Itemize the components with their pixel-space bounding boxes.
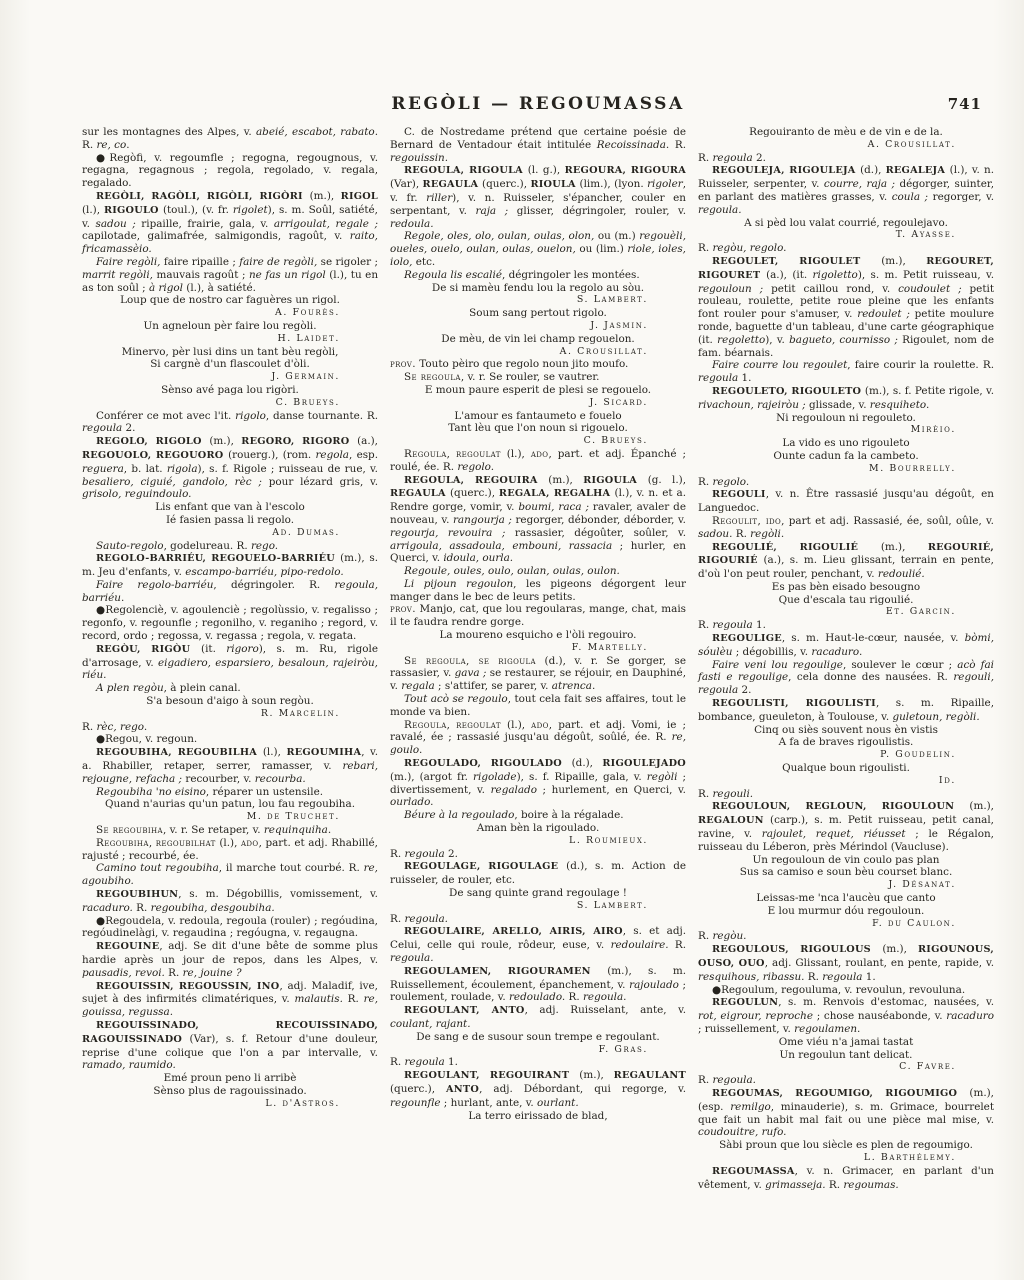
text-run: regala <box>401 680 434 692</box>
headword: REGOULAMEN, RIGOURAMEN <box>404 966 607 977</box>
text-run: rigolo <box>235 410 266 422</box>
text-run: (l.), <box>82 204 104 216</box>
verse-line: A si pèd lou valat courrié, regoulejavo. <box>698 217 994 230</box>
text-run: regolo. <box>712 476 749 488</box>
page-header: REGÒLI — REGOUMASSA 741 <box>0 0 1024 118</box>
verse-line: Sènso avé paga lou rigòri. <box>82 384 378 397</box>
text-run: regoulat <box>456 448 501 460</box>
text-run: sadou. <box>698 528 732 540</box>
verse-quote: Soum sang pertout rigolo. <box>390 307 686 320</box>
text-run: rangourja ; <box>453 514 512 526</box>
text-run: regouli. <box>712 788 753 800</box>
text-run: besaliero, ciguié, gandolo, rèc ; <box>82 476 262 488</box>
text-run: regoula. <box>404 913 448 925</box>
paragraph: Regoubiha, regoubilhat (l.), ado, part. … <box>82 837 378 863</box>
headword: REGOULIGE <box>712 633 782 644</box>
text-run: R. <box>698 619 712 631</box>
text-run: ramado, raumido. <box>82 1059 176 1071</box>
headword: REGOULET, RIGOULET <box>712 256 881 267</box>
paragraph: ●Regoudela, v. redoula, regoula (rouler)… <box>82 915 378 941</box>
text-run: faire ripaille ; <box>161 256 240 268</box>
verse-quote: Ni regouloun ni regouleto. <box>698 412 994 425</box>
text-run: coudouitre, rufo. <box>698 1126 786 1138</box>
entry-paragraph: REGOULANT, ANTO, adj. Ruisselant, ante, … <box>390 1004 686 1031</box>
paragraph: Regole, oles, olo, oulan, oulas, olon, o… <box>390 230 686 268</box>
text-run: rego. <box>251 540 278 552</box>
paragraph: R. rèc, rego. <box>82 721 378 734</box>
author-citation: J. Jasmin. <box>390 320 686 333</box>
text-run: (Var), <box>390 178 423 190</box>
text-run: Béure à la regoulado <box>404 809 514 821</box>
text-run: raja ; <box>476 205 509 217</box>
text-run: (l.), <box>501 448 531 460</box>
text-run: , godelureau. R. <box>164 540 251 552</box>
paragraph: C. de Nostredame prétend que certaine po… <box>390 126 686 164</box>
text-run: ), s. f. Ripaille, gala, v. <box>517 771 647 783</box>
verse-line: Un regoulun tant delicat. <box>698 1049 994 1062</box>
verse-quote: Un agneloun pèr faire lou regòli. <box>82 320 378 333</box>
text-run: rot, eigrour, reproche <box>698 1010 813 1022</box>
text-run: ●Regòfi, v. regoumfle ; regogna, regougn… <box>82 152 378 190</box>
verse-line: La vido es uno rigouleto <box>698 437 994 450</box>
text-run: R. <box>698 1074 712 1086</box>
verse-quote: Qualque boun rigoulisti. <box>698 762 994 775</box>
text-run: faire de regòli, <box>239 256 317 268</box>
text-run: regoula <box>822 971 862 983</box>
text-run: regoubilhat <box>156 837 216 849</box>
page-number: 741 <box>948 95 982 113</box>
text-run: regoula <box>712 152 752 164</box>
text-run: , v. r. Se rouler, se vautrer. <box>461 371 600 383</box>
text-run: , s. m. Dégobillis, vomissement, v. <box>178 888 378 900</box>
verse-line: Sènso plus de ragouissinado. <box>82 1085 378 1098</box>
headword: REGOUMIHA <box>286 747 361 758</box>
text-run: (m.), <box>881 541 928 553</box>
author-citation: A. Crousillat. <box>698 139 994 152</box>
verse-quote: De mèu, de vin lei champ regouelon. <box>390 333 686 346</box>
paragraph: Regoule, oules, oulo, oulan, oulas, oulo… <box>390 565 686 578</box>
text-run: (a.), <box>357 435 378 447</box>
text-run: 1. <box>738 372 751 384</box>
column-2: C. de Nostredame prétend que certaine po… <box>390 126 686 1191</box>
paragraph: ●Regou, v. regoun. <box>82 733 378 746</box>
text-run: (m.), s. f. Petite rigole, v. <box>865 385 994 397</box>
text-run: R. <box>698 788 712 800</box>
text-run: Sauto-regolo <box>96 540 164 552</box>
text-run: R. <box>565 991 583 1003</box>
text-run: (d.), <box>860 164 886 176</box>
text-run: idoula, ourla. <box>443 552 513 564</box>
text-run: ), v. <box>765 334 789 346</box>
text-run: Regoubiha 'no eisino <box>96 786 206 798</box>
text-run: abeié, escabot, rabato <box>256 126 375 138</box>
text-run: ●Regou, v. regoun. <box>96 733 197 745</box>
paragraph: A plen regòu, à plein canal. <box>82 682 378 695</box>
column-1: sur les montagnes des Alpes, v. abeié, e… <box>82 126 378 1191</box>
entry-paragraph: REGOULUN, s. m. Renvois d'estomac, nausé… <box>698 996 994 1035</box>
headword: ANTO <box>446 1084 479 1095</box>
verse-line: Minervo, pèr lusi dins un tant bèu regòl… <box>82 346 378 359</box>
text-run: petit caillou rond, v. <box>763 283 898 295</box>
text-run: regoula <box>698 372 738 384</box>
text-run: re, jouine ? <box>183 967 242 979</box>
text-run: 2. <box>753 152 766 164</box>
verse-quote: La terro eirissado de blad, <box>390 1110 686 1123</box>
text-run: ), s. m. Petit ruisseau, v. <box>858 269 994 281</box>
text-run: Regoula <box>404 448 447 460</box>
headword: REGOULISTI, RIGOULISTI <box>712 698 876 709</box>
entry-paragraph: REGOULAIRE, ARELLO, AIRIS, AIRO, s. et a… <box>390 925 686 964</box>
text-run: (querc.), <box>482 178 530 190</box>
verse-line: A fa de braves rigoulistis. <box>698 736 994 749</box>
paragraph: prov. Manjo, cat, que lou regoularas, ma… <box>390 603 686 629</box>
text-run: prov. <box>390 603 416 615</box>
author-citation: L. Barthélemy. <box>698 1152 994 1165</box>
verse-line: Cinq ou siès souvent nous èn vistis <box>698 724 994 737</box>
headword: REGOULIÉ, RIGOULIÉ <box>712 542 881 553</box>
text-run: ), s. f. Rigole ; ruisseau de rue, v. <box>198 463 378 475</box>
text-run: R. <box>390 1056 404 1068</box>
text-run: 2. <box>445 848 458 860</box>
paragraph: ●Regoulum, regouluma, v. revoulun, revou… <box>698 984 994 997</box>
entry-paragraph: REGOULAGE, RIGOULAGE (d.), s. m. Action … <box>390 860 686 887</box>
verse-quote: Ome viéu n'a jamai tastatUn regoulun tan… <box>698 1036 994 1062</box>
author-citation: F. Martelly. <box>390 642 686 655</box>
author-citation: J. Sicard. <box>390 397 686 410</box>
text-run: se rigoler ; <box>317 256 378 268</box>
text-run: regòli <box>647 771 678 783</box>
text-run: (rouerg.), (rom. <box>228 449 315 461</box>
entry-paragraph: REGOULOUS, RIGOULOUS (m.), RIGOUNOUS, OU… <box>698 943 994 983</box>
text-run: regoulat <box>456 719 501 731</box>
paragraph: R. regoula 2. <box>390 848 686 861</box>
text-run: rigolet <box>233 204 268 216</box>
text-run: rigoro <box>226 643 258 655</box>
text-run: regoulamen. <box>794 1023 860 1035</box>
verse-quote: Regouiranto de mèu e de vin e de la. <box>698 126 994 139</box>
text-run: coulant, rajant. <box>390 1018 471 1030</box>
verse-quote: Loup que de nostro car faguères un rigol… <box>82 294 378 307</box>
text-run: ou (lim.) <box>576 243 628 255</box>
entry-paragraph: REGÒU, RIGÒU (it. rigoro), s. m. Ru, rig… <box>82 643 378 682</box>
text-run: R. <box>826 1179 844 1191</box>
headword: REGOUISSIN, REGOUSSIN, INO <box>96 981 279 992</box>
verse-line: La terro eirissado de blad, <box>390 1110 686 1123</box>
text-run: marrit regòli, <box>82 269 153 281</box>
text-run: regoula. <box>712 1074 756 1086</box>
verse-line: De mèu, de vin lei champ regouelon. <box>390 333 686 346</box>
text-run: regouloun ; <box>698 283 763 295</box>
text-run: ; dégobillis, v. <box>732 646 811 658</box>
text-run: sur les montagnes des Alpes, v. <box>82 126 256 138</box>
author-citation: P. Goudelin. <box>698 749 994 762</box>
verse-line: Emé proun peno li arribè <box>82 1072 378 1085</box>
headword: RIGOL <box>341 191 378 202</box>
text-run: (g. l.), <box>648 474 686 486</box>
text-run: pausadis, revoi. <box>82 967 165 979</box>
text-run: redoulet ; <box>857 308 910 320</box>
verse-quote: Aman bèn la rigoulado. <box>390 822 686 835</box>
author-citation: J. Désanat. <box>698 879 994 892</box>
verse-quote: Es pas bèn eisado besougnoQue d'escala t… <box>698 581 994 607</box>
text-run: R. <box>390 913 404 925</box>
headword: REGÒLI, RAGÒLI, RIGÒLI, RIGÒRI <box>96 191 310 202</box>
text-run: (m.), <box>310 190 341 202</box>
paragraph: Tout acò se regoulo, tout cela fait ses … <box>390 693 686 719</box>
text-run: , adj. Débordant, qui regorge, v. <box>479 1083 686 1095</box>
paragraph: Regoula, regoulat (l.), ado, part. et ad… <box>390 448 686 474</box>
author-citation: A. Fourès. <box>82 307 378 320</box>
text-run: ado <box>241 837 259 849</box>
text-run: grimasseja. <box>765 1179 826 1191</box>
author-citation: S. Lambert. <box>390 294 686 307</box>
headword: REGOULOUS, RIGOULOUS <box>712 944 882 955</box>
text-run: R. <box>805 971 823 983</box>
headword: REGALA, REGALHA <box>499 488 615 499</box>
author-citation: M. Bourrelly. <box>698 463 994 476</box>
verse-quote: E moun paure esperit de plesi se regouel… <box>390 384 686 397</box>
text-run: ; ruissellement, v. <box>698 1023 794 1035</box>
headword: REGOURA, RIGOURA <box>565 165 686 176</box>
text-run: (d.), <box>572 757 603 769</box>
text-run: R. <box>133 902 151 914</box>
text-run: , <box>447 719 456 731</box>
paragraph: Regoubiha 'no eisino, réparer un ustensi… <box>82 786 378 799</box>
author-citation: Mirèio. <box>698 424 994 437</box>
paragraph: ●Regolenciè, v. agoulenciè ; regolùssio,… <box>82 604 378 642</box>
text-run: ●Regoudela, v. redoula, regoula (rouler)… <box>82 915 378 940</box>
text-run: Regoula lis escalié <box>404 269 502 281</box>
text-run: (toul.), (v. fr. <box>163 204 233 216</box>
verse-quote: De si mamèu fendu lou la regolo au sòu. <box>390 282 686 295</box>
text-run: ado <box>531 719 549 731</box>
text-run: rèc, rego. <box>96 721 147 733</box>
text-run: ne fas un rigol <box>249 269 326 281</box>
text-run: 2. <box>738 684 751 696</box>
text-run: , <box>149 837 156 849</box>
verse-line: S'a besoun d'aigo à soun regòu. <box>82 695 378 708</box>
text-run: (lim.), (lyon. <box>580 178 648 190</box>
verse-line: Ounte cadun fa la cambeto. <box>698 450 994 463</box>
text-run: rassasier, dégoûter, soûler, v. <box>505 527 686 539</box>
headword: REGOLO, RIGOLO <box>96 436 209 447</box>
entry-paragraph: REGOULADO, RIGOULADO (d.), RIGOULEJADO (… <box>390 757 686 809</box>
headword: REGOULETO, RIGOULETO <box>712 386 865 397</box>
text-run: regounfle <box>390 1097 441 1109</box>
text-run: ; hurlement, en Querci, v. <box>537 784 686 796</box>
verse-line: Un regouloun de vin coulo pas plan <box>698 854 994 867</box>
text-run: R. <box>165 967 183 979</box>
text-run: regoletto <box>717 334 765 346</box>
headword: REGOULEJA, RIGOULEJA <box>712 165 860 176</box>
text-run: Faire regolo-barriéu <box>96 579 213 591</box>
text-run: recourba. <box>255 773 306 785</box>
verse-line: Ié fasien passa li regolo. <box>82 514 378 527</box>
verse-line: Soum sang pertout rigolo. <box>390 307 686 320</box>
verse-line: Si cargnè d'un flascoulet d'òli. <box>82 358 378 371</box>
text-run: Tout acò se regoulo <box>404 693 508 705</box>
paragraph: R. regoula 1. <box>698 619 994 632</box>
verse-line: Es pas bèn eisado besougno <box>698 581 994 594</box>
text-run: R. <box>82 721 96 733</box>
text-run: coudoulet ; <box>898 283 961 295</box>
text-run: (l. g.), <box>528 164 565 176</box>
entry-paragraph: REGOULANT, REGOUIRANT (m.), REGAULANT (q… <box>390 1069 686 1109</box>
text-run: regolo. <box>457 461 494 473</box>
paragraph: R. regòu. <box>698 930 994 943</box>
text-run: (m.), (argot fr. <box>390 771 473 783</box>
text-run: R. <box>669 939 686 951</box>
text-run: rigoler <box>647 178 683 190</box>
headword: REGOULANT, ANTO <box>404 1005 525 1016</box>
entry-paragraph: REGOULIÉ, RIGOULIÉ (m.), REGOURIÉ, RIGOU… <box>698 541 994 581</box>
verse-line: Un agneloun pèr faire lou regòli. <box>82 320 378 333</box>
text-run: regoula. <box>390 952 434 964</box>
text-run: rigola <box>167 463 198 475</box>
headword: REGAULA <box>390 488 450 499</box>
text-run: redoulaire. <box>611 939 669 951</box>
text-run: Regoubiha <box>96 837 149 849</box>
text-run: boumi, raca ; <box>518 501 589 513</box>
entry-paragraph: REGOULI, v. n. Être rassasié jusqu'au dé… <box>698 488 994 515</box>
text-run: , dégringoler les montées. <box>502 269 640 281</box>
author-citation: Id. <box>698 775 994 788</box>
text-run: regoula <box>712 619 752 631</box>
entry-paragraph: REGOUISSIN, REGOUSSIN, INO, adj. Maladif… <box>82 980 378 1019</box>
text-run: courre, raja ; <box>824 178 895 190</box>
text-run: 1. <box>445 1056 458 1068</box>
text-run: Se regoula, se rigoula <box>404 655 536 667</box>
text-run: regoumas. <box>843 1179 898 1191</box>
headword: REGOUMAS, REGOUMIGO, RIGOUMIGO <box>712 1088 969 1099</box>
paragraph: Li pijoun regoulon, les pigeons dégorgen… <box>390 578 686 604</box>
text-run: regorger, débonder, déborder, v. <box>512 514 686 526</box>
text-run: (m.), <box>882 943 918 955</box>
entry-paragraph: REGOLO-BARRIÉU, REGOUELO-BARRIÉU (m.), s… <box>82 552 378 579</box>
verse-line: Ome viéu n'a jamai tastat <box>698 1036 994 1049</box>
text-columns: sur les montagnes des Alpes, v. abeié, e… <box>0 118 1024 1191</box>
text-run: , soulever le cœur ; <box>843 659 957 671</box>
text-run: , esp. <box>349 449 378 461</box>
text-run: rigolade <box>473 771 517 783</box>
author-citation: F. du Caulon. <box>698 918 994 931</box>
verse-quote: Un regouloun de vin coulo pas planSus sa… <box>698 854 994 880</box>
paragraph: Se regoula, v. r. Se rouler, se vautrer. <box>390 371 686 384</box>
paragraph: R. regouli. <box>698 788 994 801</box>
paragraph: Sauto-regolo, godelureau. R. rego. <box>82 540 378 553</box>
text-run: R. <box>343 993 364 1005</box>
author-citation: L. Roumieux. <box>390 835 686 848</box>
paragraph: Camino tout regoubiha, il marche tout co… <box>82 862 378 888</box>
verse-line: Tant lèu que l'on noun si rigouelo. <box>390 422 686 435</box>
text-run: (querc.), <box>450 487 499 499</box>
text-run: , s. m. Renvois d'estomac, nausées, v. <box>778 996 994 1008</box>
paragraph: ●Regòfi, v. regoumfle ; regogna, regougn… <box>82 152 378 190</box>
verse-line: La moureno esquicho e l'òli regouiro. <box>390 629 686 642</box>
text-run: ; s'attifer, se parer, v. <box>435 680 552 692</box>
author-citation: H. Laidet. <box>82 333 378 346</box>
verse-line: Sàbi proun que lou siècle es plen de reg… <box>698 1139 994 1152</box>
column-3: Regouiranto de mèu e de vin e de la.A. C… <box>698 126 994 1191</box>
entry-paragraph: REGOUMAS, REGOUMIGO, RIGOUMIGO (m.), (es… <box>698 1087 994 1139</box>
text-run: racaduro. <box>82 902 133 914</box>
paragraph: R. regoula. <box>390 913 686 926</box>
text-run: (m.), <box>969 800 994 812</box>
text-run: ; chose nauséabonde, v. <box>813 1010 946 1022</box>
text-run: regoubiha, desgoubiha. <box>151 902 275 914</box>
author-citation: S. Lambert. <box>390 900 686 913</box>
paragraph: Regoula, regoulat (l.), ado, part. et ad… <box>390 719 686 757</box>
text-run: regoula. <box>583 991 627 1003</box>
text-run: remilgo <box>730 1101 771 1113</box>
headword: REGOUBIHUN <box>96 889 178 900</box>
text-run: rivachoun, rajeiròu ; <box>698 399 806 411</box>
text-run: recourber, v. <box>182 773 255 785</box>
text-run: gava ; <box>455 667 487 679</box>
entry-paragraph: REGOULOUN, REGLOUN, RIGOULOUN (m.), REGA… <box>698 800 994 853</box>
headword: REGOLO-BARRIÉU, REGOUELO-BARRIÉU <box>96 553 340 564</box>
text-run: , boire à la régalade. <box>514 809 623 821</box>
paragraph: Se regoubiha, v. r. Se retaper, v. requi… <box>82 824 378 837</box>
headword: REGOUBIHA, REGOUBILHA <box>96 747 263 758</box>
text-run: re, co <box>96 139 126 151</box>
text-run: regoula <box>82 422 122 434</box>
text-run: (l.), <box>216 837 241 849</box>
paragraph: R. regoula. <box>698 1074 994 1087</box>
verse-quote: Emé proun peno li arribèSènso plus de ra… <box>82 1072 378 1098</box>
text-run: ripaille, frairie, gala, v. <box>136 218 274 230</box>
author-citation: C. Brueys. <box>82 397 378 410</box>
text-run: regoula <box>404 1056 444 1068</box>
text-run: rigoletto <box>813 269 858 281</box>
text-run: sadou ; <box>96 218 136 230</box>
paragraph: R. regoula 2. <box>698 152 994 165</box>
text-run: requinquiha. <box>264 824 331 836</box>
entry-paragraph: REGOUISSINADO, RECOUISSINADO, RAGOUISSIN… <box>82 1019 378 1072</box>
entry-paragraph: REGOULA, RIGOULA (l. g.), REGOURA, RIGOU… <box>390 164 686 230</box>
text-run: R. <box>698 930 712 942</box>
text-run: R. <box>390 848 404 860</box>
verse-line: Regouiranto de mèu e de vin e de la. <box>698 126 994 139</box>
headword: REGOULAGE, RIGOULAGE <box>404 861 566 872</box>
paragraph: Faire regòli, faire ripaille ; faire de … <box>82 256 378 294</box>
text-run: Faire regòli, <box>96 256 161 268</box>
text-run: Recoissinada. <box>597 139 669 151</box>
text-run: rajoulet, requet, riéusset <box>762 828 906 840</box>
text-run: regòu, regolo. <box>712 242 786 254</box>
text-run: etc. <box>412 256 435 268</box>
verse-quote: De sang quinte grand regoulage ! <box>390 887 686 900</box>
verse-quote: S'a besoun d'aigo à soun regòu. <box>82 695 378 708</box>
text-run: guletoun, regòli. <box>892 711 979 723</box>
text-run: Se regoubiha <box>96 824 163 836</box>
text-run: regalado <box>491 784 537 796</box>
text-run: arrigoula, assadoula, embouni, rassacia <box>390 540 612 552</box>
text-run: 1. <box>753 619 766 631</box>
verse-quote: Leissas-me 'nca l'aucèu que cantoE lou m… <box>698 892 994 918</box>
text-run: , part et adj. Rassasié, ée, soûl, oûle,… <box>781 515 994 527</box>
text-run: racaduro. <box>811 646 862 658</box>
verse-line: Que d'escala tau rigoulié. <box>698 594 994 607</box>
text-run: , s. m. Haut-le-cœur, nausée, v. <box>782 632 965 644</box>
text-run: atrenca. <box>552 680 596 692</box>
headword: REGOUOLO, REGOUORO <box>82 450 228 461</box>
entry-paragraph: REGOULIGE, s. m. Haut-le-cœur, nausée, v… <box>698 632 994 659</box>
text-run: (l.), <box>501 719 531 731</box>
paragraph: Regoula lis escalié, dégringoler les mon… <box>390 269 686 282</box>
headword: REGALEJA <box>886 165 950 176</box>
verse-quote: Cinq ou siès souvent nous èn vistisA fa … <box>698 724 994 750</box>
